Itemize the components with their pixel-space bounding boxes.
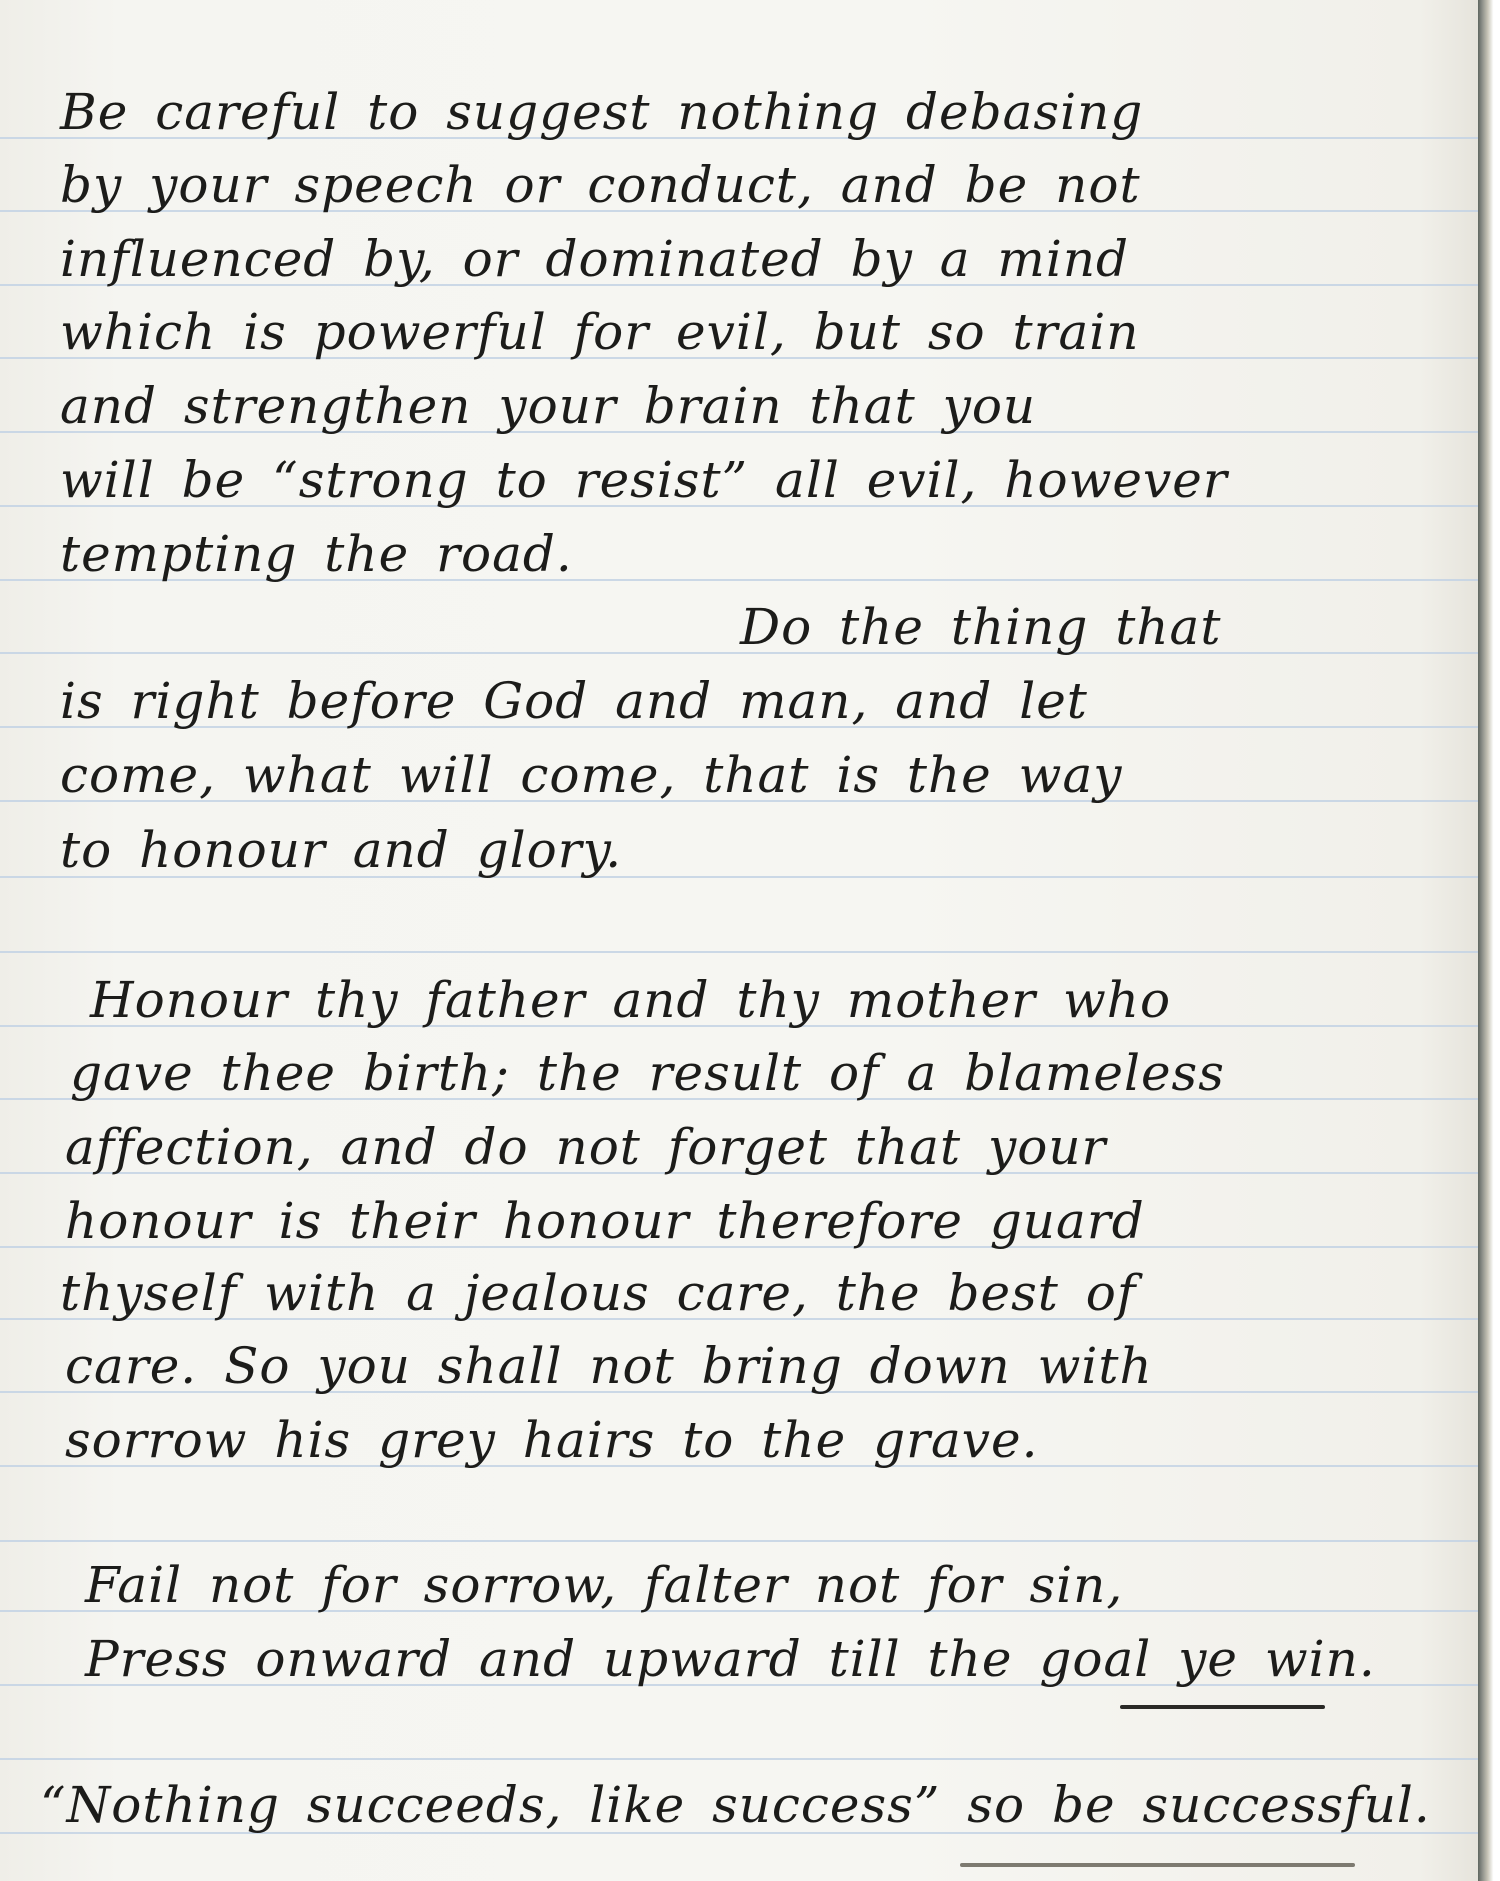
text-line: tempting the road. xyxy=(60,524,573,584)
underline-successful xyxy=(960,1863,1355,1867)
text-line: “Nothing succeeds, like success” so be s… xyxy=(40,1775,1431,1835)
page-edge xyxy=(1478,0,1500,1881)
text-line: which is powerful for evil, but so train xyxy=(60,302,1139,362)
text-line: is right before God and man, and let xyxy=(60,671,1088,731)
text-line: honour is their honour therefore guard xyxy=(65,1191,1145,1251)
text-line: Do the thing that xyxy=(740,597,1221,657)
ruled-line xyxy=(0,1758,1480,1760)
text-line: influenced by, or dominated by a mind xyxy=(60,229,1129,289)
text-line: sorrow his grey hairs to the grave. xyxy=(65,1410,1039,1470)
notebook-page: Be careful to suggest nothing debasing b… xyxy=(0,0,1478,1881)
ruled-line xyxy=(0,951,1480,953)
text-line: affection, and do not forget that your xyxy=(65,1117,1106,1177)
text-line: Be careful to suggest nothing debasing xyxy=(60,82,1143,142)
text-line: Honour thy father and thy mother who xyxy=(90,970,1171,1030)
text-line: come, what will come, that is the way xyxy=(60,745,1123,805)
ruled-line xyxy=(0,1540,1480,1542)
text-line: gave thee birth; the result of a blamele… xyxy=(70,1043,1225,1103)
text-line: will be “strong to resist” all evil, how… xyxy=(60,450,1228,510)
text-line: by your speech or conduct, and be not xyxy=(60,155,1141,215)
underline-the-goal xyxy=(1120,1705,1325,1709)
text-line: and strengthen your brain that you xyxy=(60,376,1036,436)
text-line: Fail not for sorrow, falter not for sin, xyxy=(85,1555,1123,1615)
text-line: Press onward and upward till the goal ye… xyxy=(85,1629,1376,1689)
text-line: care. So you shall not bring down with xyxy=(65,1336,1153,1396)
text-line: thyself with a jealous care, the best of xyxy=(60,1263,1136,1323)
text-line: to honour and glory. xyxy=(60,820,622,880)
